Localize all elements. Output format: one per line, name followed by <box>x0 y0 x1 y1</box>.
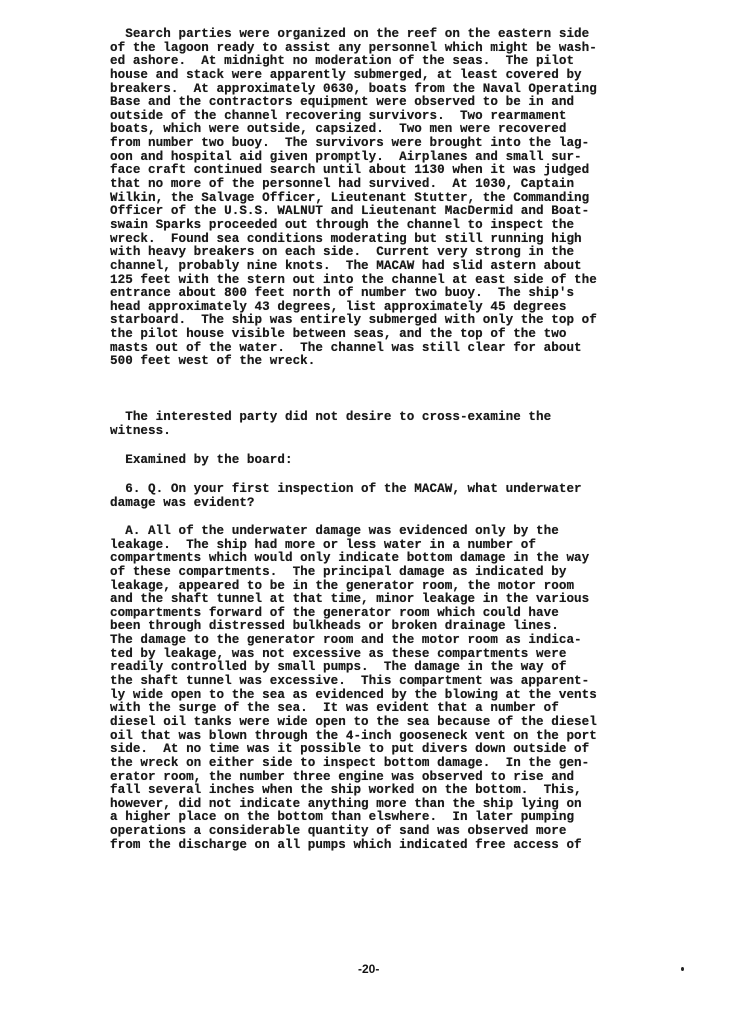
text-line: the shaft tunnel was excessive. This com… <box>110 675 690 689</box>
text-line: with the surge of the sea. It was eviden… <box>110 702 690 716</box>
examined-by-board-heading: Examined by the board: <box>110 454 690 468</box>
text-line: of the lagoon ready to assist any person… <box>110 42 690 56</box>
text-line: ted by leakage, was not excessive as the… <box>110 648 690 662</box>
text-line: a higher place on the bottom than elswhe… <box>110 811 690 825</box>
text-line: erator room, the number three engine was… <box>110 771 690 785</box>
text-line: wreck. Found sea conditions moderating b… <box>110 233 690 247</box>
text-line: Officer of the U.S.S. WALNUT and Lieuten… <box>110 205 690 219</box>
text-line: A. All of the underwater damage was evid… <box>110 525 690 539</box>
text-line: the wreck on either side to inspect bott… <box>110 757 690 771</box>
text-line: The damage to the generator room and the… <box>110 634 690 648</box>
text-line: diesel oil tanks were wide open to the s… <box>110 716 690 730</box>
text-line: been through distressed bulkheads or bro… <box>110 620 690 634</box>
text-line: that no more of the personnel had surviv… <box>110 178 690 192</box>
text-line: starboard. The ship was entirely submerg… <box>110 314 690 328</box>
paragraph-narrative: Search parties were organized on the ree… <box>110 28 690 369</box>
text-line: 125 feet with the stern out into the cha… <box>110 274 690 288</box>
text-line: leakage. The ship had more or less water… <box>110 539 690 553</box>
text-line: ed ashore. At midnight no moderation of … <box>110 55 690 69</box>
paragraph-cross-exam-note: The interested party did not desire to c… <box>110 411 690 438</box>
text-line: readily controlled by small pumps. The d… <box>110 661 690 675</box>
text-line: from number two buoy. The survivors were… <box>110 137 690 151</box>
text-line: and the shaft tunnel at that time, minor… <box>110 593 690 607</box>
text-line: leakage, appeared to be in the generator… <box>110 580 690 594</box>
text-line: the pilot house visible between seas, an… <box>110 328 690 342</box>
text-line: swain Sparks proceeded out through the c… <box>110 219 690 233</box>
text-line: house and stack were apparently submerge… <box>110 69 690 83</box>
text-line: boats, which were outside, capsized. Two… <box>110 123 690 137</box>
text-line: Search parties were organized on the ree… <box>110 28 690 42</box>
text-line: outside of the channel recovering surviv… <box>110 110 690 124</box>
text-line: compartments which would only indicate b… <box>110 552 690 566</box>
text-line: fall several inches when the ship worked… <box>110 784 690 798</box>
text-line: however, did not indicate anything more … <box>110 798 690 812</box>
text-line: ly wide open to the sea as evidenced by … <box>110 689 690 703</box>
answer-6: A. All of the underwater damage was evid… <box>110 525 690 852</box>
text-line: compartments forward of the generator ro… <box>110 607 690 621</box>
page-number: -20- <box>358 962 379 976</box>
text-line: of these compartments. The principal dam… <box>110 566 690 580</box>
text-line: witness. <box>110 425 690 439</box>
text-line: from the discharge on all pumps which in… <box>110 839 690 853</box>
scan-speck <box>681 967 684 971</box>
text-line: breakers. At approximately 0630, boats f… <box>110 83 690 97</box>
text-line: Wilkin, the Salvage Officer, Lieutenant … <box>110 192 690 206</box>
question-6: 6. Q. On your first inspection of the MA… <box>110 483 690 510</box>
text-line: 6. Q. On your first inspection of the MA… <box>110 483 690 497</box>
text-line: channel, probably nine knots. The MACAW … <box>110 260 690 274</box>
text-line: face craft continued search until about … <box>110 164 690 178</box>
text-line: The interested party did not desire to c… <box>110 411 690 425</box>
text-line: oil that was blown through the 4-inch go… <box>110 730 690 744</box>
text-line: side. At no time was it possible to put … <box>110 743 690 757</box>
text-line: head approximately 43 degrees, list appr… <box>110 301 690 315</box>
text-line: 500 feet west of the wreck. <box>110 355 690 369</box>
text-line: operations a considerable quantity of sa… <box>110 825 690 839</box>
document-page: Search parties were organized on the ree… <box>0 0 744 1024</box>
text-line: masts out of the water. The channel was … <box>110 342 690 356</box>
text-line: entrance about 800 feet north of number … <box>110 287 690 301</box>
text-line: with heavy breakers on each side. Curren… <box>110 246 690 260</box>
text-line: oon and hospital aid given promptly. Air… <box>110 151 690 165</box>
text-line: Base and the contractors equipment were … <box>110 96 690 110</box>
text-line: damage was evident? <box>110 497 690 511</box>
text-line: Examined by the board: <box>110 454 690 468</box>
